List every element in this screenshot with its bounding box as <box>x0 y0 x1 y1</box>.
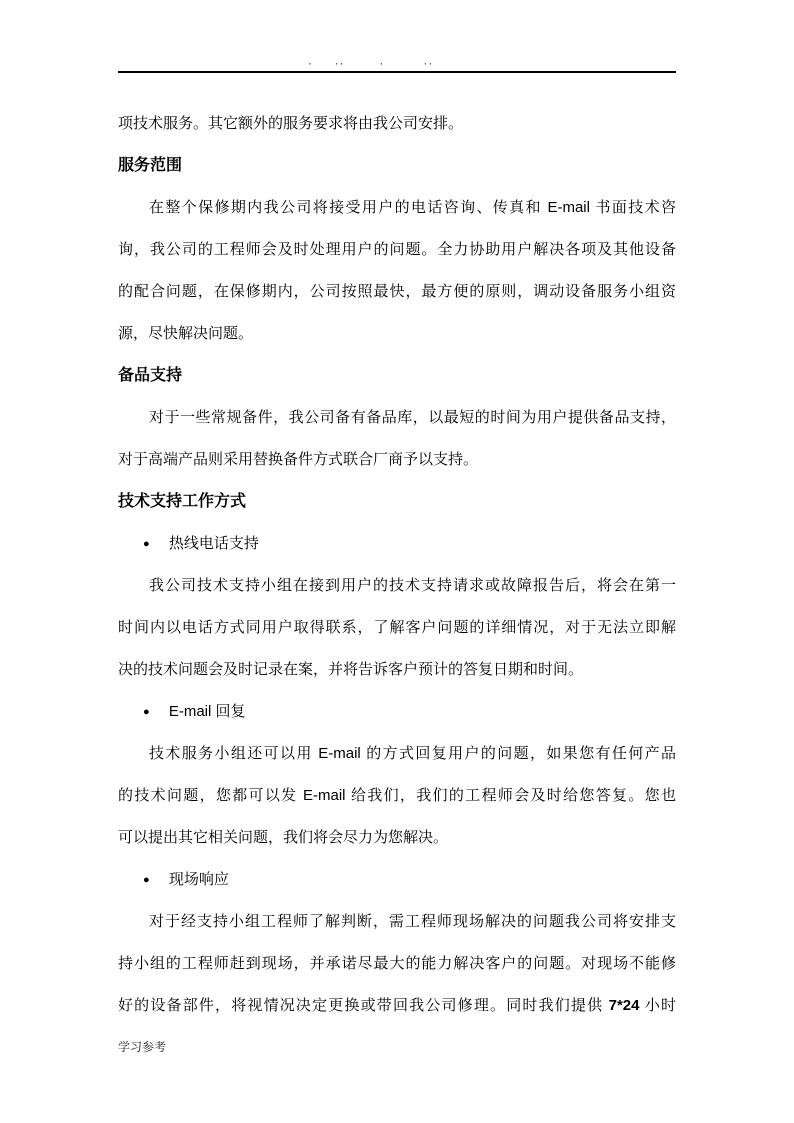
heading-tech-support-methods: 技术支持工作方式 <box>118 481 676 523</box>
paragraph-line: 对于经支持小组工程师了解判断，需工程师现场解决的问题我公司将安排支 <box>118 901 676 943</box>
header-divider-line <box>118 71 676 73</box>
bullet-item-title: E-mail 回复 <box>169 703 246 720</box>
paragraph-line: 的技术问题，您都可以发 E-mail 给我们，我们的工程师会及时给您答复。您也 <box>118 775 676 817</box>
paragraph-line: 时间内以电话方式同用户取得联系，了解客户问题的详细情况，对于无法立即解 <box>118 607 676 649</box>
bullet-icon: ● <box>143 523 150 565</box>
paragraph-line: 在整个保修期内我公司将接受用户的电话咨询、传真和 E-mail 书面技术咨 <box>118 187 676 229</box>
paragraph-line: 源，尽快解决问题。 <box>118 313 676 355</box>
paragraph-line: 询，我公司的工程师会及时处理用户的问题。全力协助用户解决各项及其他设备 <box>118 229 676 271</box>
document-content: 项技术服务。其它额外的服务要求将由我公司安排。 服务范围 在整个保修期内我公司将… <box>118 103 676 1027</box>
bullet-item-onsite: ● 现场响应 <box>118 859 676 901</box>
paragraph-line: 技术服务小组还可以用 E-mail 的方式回复用户的问题，如果您有任何产品 <box>118 733 676 775</box>
bullet-icon: ● <box>143 691 150 733</box>
bullet-item-hotline: ● 热线电话支持 <box>118 523 676 565</box>
paragraph-segment: 小时 <box>639 997 676 1014</box>
paragraph-line: 可以提出其它相关问题，我们将会尽力为您解决。 <box>118 817 676 859</box>
paragraph-line: 我公司技术支持小组在接到用户的技术支持请求或故障报告后，将会在第一 <box>118 565 676 607</box>
bullet-item-email: ● E-mail 回复 <box>118 691 676 733</box>
header-dots: · ·· · ·· <box>308 56 433 70</box>
paragraph-line-continuation: 项技术服务。其它额外的服务要求将由我公司安排。 <box>118 103 676 145</box>
paragraph-segment: 好的设备部件，将视情况决定更换或带回我公司修理。同时我们提供 <box>118 997 609 1014</box>
bullet-item-title: 现场响应 <box>169 871 229 888</box>
heading-spare-parts-support: 备品支持 <box>118 355 676 397</box>
heading-service-scope: 服务范围 <box>118 145 676 187</box>
bullet-icon: ● <box>143 859 150 901</box>
paragraph-line: 对于一些常规备件，我公司备有备品库，以最短的时间为用户提供备品支持， <box>118 397 676 439</box>
footer-label: 学习参考 <box>118 1038 166 1055</box>
paragraph-line: 决的技术问题会及时记录在案，并将告诉客户预计的答复日期和时间。 <box>118 649 676 691</box>
bullet-item-title: 热线电话支持 <box>169 535 259 552</box>
paragraph-line: 的配合问题，在保修期内，公司按照最快，最方便的原则，调动设备服务小组资 <box>118 271 676 313</box>
paragraph-line: 持小组的工程师赶到现场，并承诺尽最大的能力解决客户的问题。对现场不能修 <box>118 943 676 985</box>
paragraph-line: 对于高端产品则采用替换备件方式联合厂商予以支持。 <box>118 439 676 481</box>
paragraph-line-mixed-bold: 好的设备部件，将视情况决定更换或带回我公司修理。同时我们提供 7*24 小时 <box>118 985 676 1027</box>
bold-text-7x24: 7*24 <box>609 997 640 1014</box>
